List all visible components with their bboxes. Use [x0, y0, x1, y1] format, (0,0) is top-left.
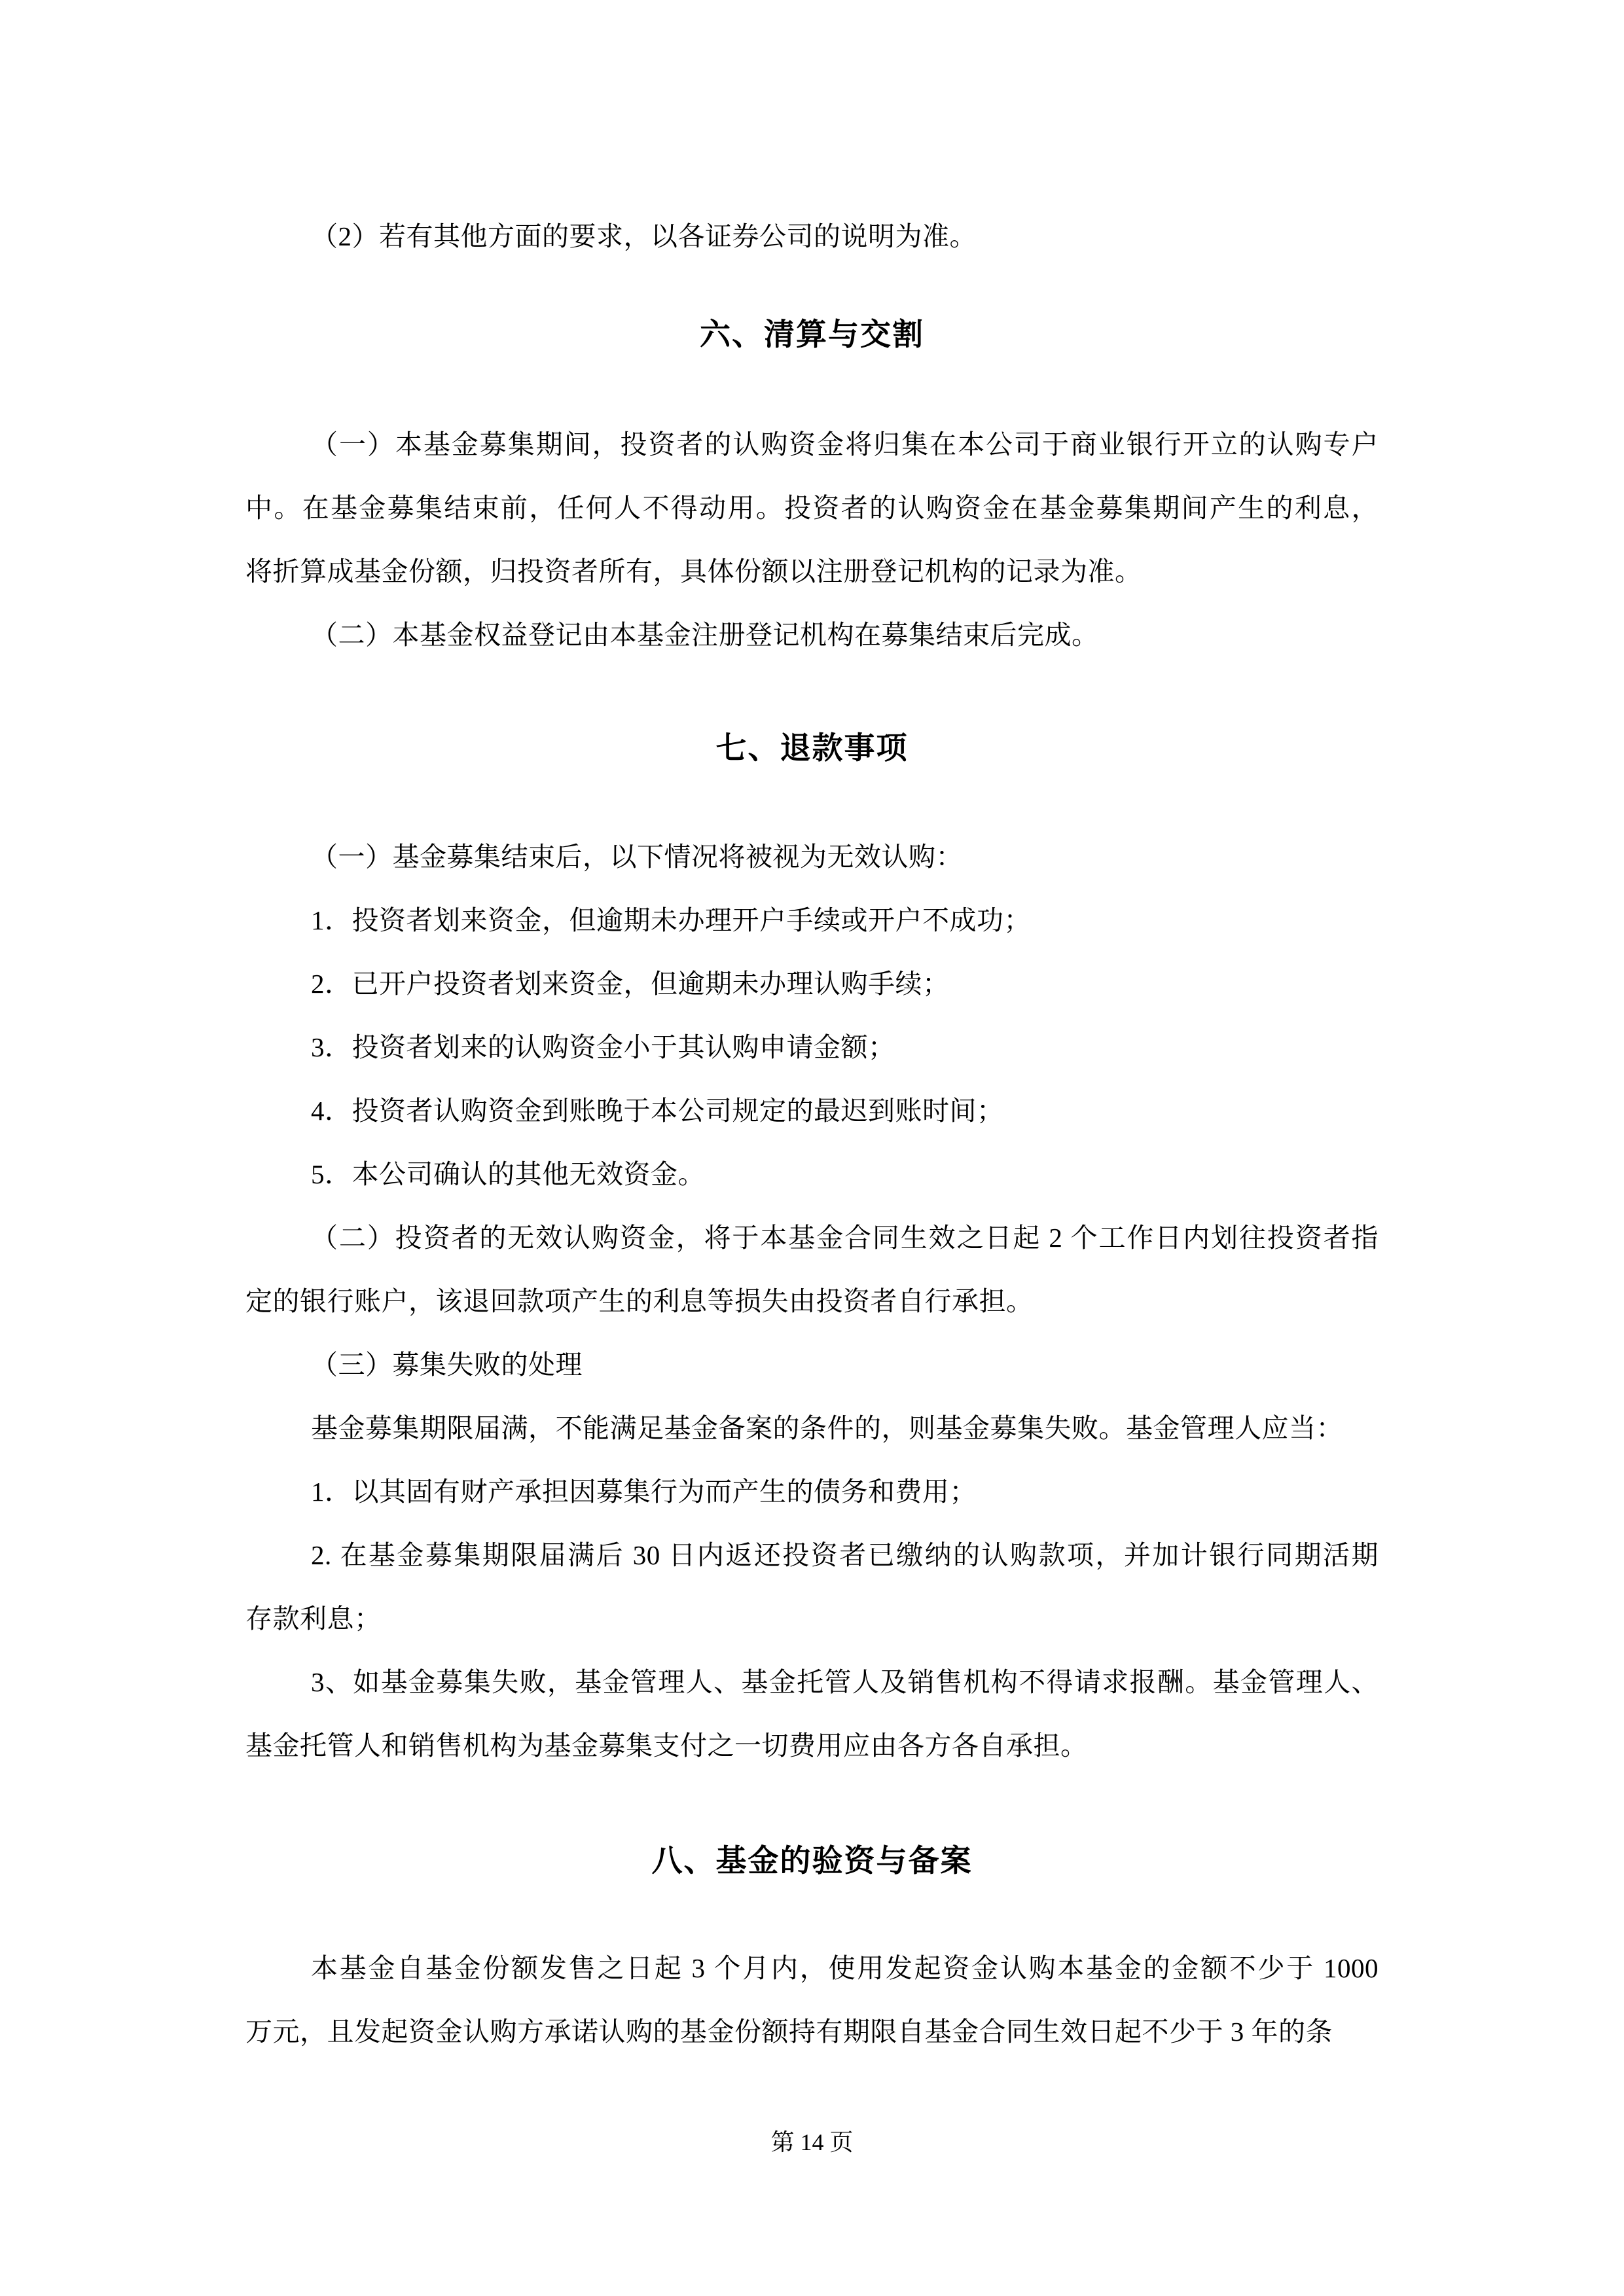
text-line: （一）基金募集结束后，以下情况将被视为无效认购： [245, 825, 1379, 889]
text-line: （2）若有其他方面的要求，以各证券公司的说明为准。 [245, 205, 1379, 268]
paragraph: （一）基金募集结束后，以下情况将被视为无效认购： [245, 825, 1379, 889]
text-line: 定的银行账户，该退回款项产生的利息等损失由投资者自行承担。 [245, 1270, 1379, 1333]
section-heading: 七、退款事项 [245, 716, 1379, 780]
paragraph: （2）若有其他方面的要求，以各证券公司的说明为准。 [245, 205, 1379, 268]
text-line: 基金募集期限届满，不能满足基金备案的条件的，则基金募集失败。基金管理人应当： [245, 1397, 1379, 1460]
paragraph: 2. 在基金募集期限届满后 30 日内返还投资者已缴纳的认购款项，并加计银行同期… [245, 1524, 1379, 1651]
text-line: 将折算成基金份额，归投资者所有，具体份额以注册登记机构的记录为准。 [245, 540, 1379, 603]
text-line: 基金托管人和销售机构为基金募集支付之一切费用应由各方各自承担。 [245, 1714, 1379, 1778]
text-line: 本基金自基金份额发售之日起 3 个月内，使用发起资金认购本基金的金额不少于 10… [245, 1937, 1379, 2000]
text-line: （二）本基金权益登记由本基金注册登记机构在募集结束后完成。 [245, 603, 1379, 667]
paragraph: 5．本公司确认的其他无效资金。 [245, 1143, 1379, 1206]
text-line: （三）募集失败的处理 [245, 1333, 1379, 1397]
paragraph: 1．投资者划来资金，但逾期未办理开户手续或开户不成功； [245, 889, 1379, 952]
text-line: 万元，且发起资金认购方承诺认购的基金份额持有期限自基金合同生效日起不少于 3 年… [245, 2000, 1379, 2064]
text-line: 1．投资者划来资金，但逾期未办理开户手续或开户不成功； [245, 889, 1379, 952]
paragraph: 2．已开户投资者划来资金，但逾期未办理认购手续； [245, 952, 1379, 1016]
paragraph: （二）投资者的无效认购资金，将于本基金合同生效之日起 2 个工作日内划往投资者指… [245, 1206, 1379, 1333]
section-heading: 八、基金的验资与备案 [245, 1829, 1379, 1892]
text-line: 2. 在基金募集期限届满后 30 日内返还投资者已缴纳的认购款项，并加计银行同期… [245, 1524, 1379, 1587]
document-page: （2）若有其他方面的要求，以各证券公司的说明为准。六、清算与交割（一）本基金募集… [0, 0, 1624, 2296]
page-footer: 第 14 页 [0, 2111, 1624, 2174]
text-line: 3、如基金募集失败，基金管理人、基金托管人及销售机构不得请求报酬。基金管理人、 [245, 1651, 1379, 1714]
section-heading: 六、清算与交割 [245, 302, 1379, 366]
text-line: （一）本基金募集期间，投资者的认购资金将归集在本公司于商业银行开立的认购专户 [245, 413, 1379, 476]
text-line: 2．已开户投资者划来资金，但逾期未办理认购手续； [245, 952, 1379, 1016]
text-line: 5．本公司确认的其他无效资金。 [245, 1143, 1379, 1206]
text-line: 3．投资者划来的认购资金小于其认购申请金额； [245, 1016, 1379, 1079]
text-line: （二）投资者的无效认购资金，将于本基金合同生效之日起 2 个工作日内划往投资者指 [245, 1206, 1379, 1270]
paragraph: 3、如基金募集失败，基金管理人、基金托管人及销售机构不得请求报酬。基金管理人、基… [245, 1651, 1379, 1778]
paragraph: 基金募集期限届满，不能满足基金备案的条件的，则基金募集失败。基金管理人应当： [245, 1397, 1379, 1460]
paragraph: 1．以其固有财产承担因募集行为而产生的债务和费用； [245, 1460, 1379, 1524]
paragraph: 3．投资者划来的认购资金小于其认购申请金额； [245, 1016, 1379, 1079]
paragraph: （三）募集失败的处理 [245, 1333, 1379, 1397]
paragraph: （一）本基金募集期间，投资者的认购资金将归集在本公司于商业银行开立的认购专户中。… [245, 413, 1379, 603]
text-line: 4．投资者认购资金到账晚于本公司规定的最迟到账时间； [245, 1079, 1379, 1143]
document-body: （2）若有其他方面的要求，以各证券公司的说明为准。六、清算与交割（一）本基金募集… [245, 205, 1379, 2064]
text-line: 存款利息； [245, 1587, 1379, 1651]
text-line: 1．以其固有财产承担因募集行为而产生的债务和费用； [245, 1460, 1379, 1524]
page-number: 第 14 页 [770, 2129, 853, 2155]
paragraph: 本基金自基金份额发售之日起 3 个月内，使用发起资金认购本基金的金额不少于 10… [245, 1937, 1379, 2064]
paragraph: （二）本基金权益登记由本基金注册登记机构在募集结束后完成。 [245, 603, 1379, 667]
paragraph: 4．投资者认购资金到账晚于本公司规定的最迟到账时间； [245, 1079, 1379, 1143]
text-line: 中。在基金募集结束前，任何人不得动用。投资者的认购资金在基金募集期间产生的利息， [245, 476, 1379, 540]
